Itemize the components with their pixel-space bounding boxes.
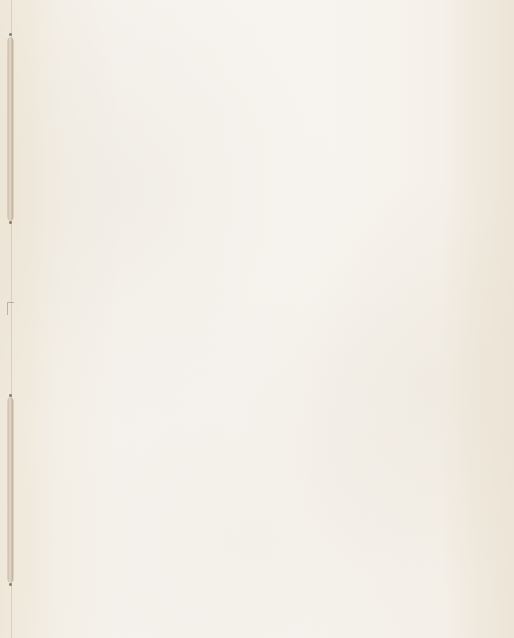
binding-stitch-upper bbox=[8, 38, 13, 220]
stitch-hole-top-1 bbox=[9, 33, 12, 36]
stitch-hole-bottom-2 bbox=[9, 583, 12, 586]
blank-document-page bbox=[0, 0, 514, 638]
binding-mark bbox=[7, 302, 14, 315]
paper-edge-discoloration bbox=[444, 0, 514, 638]
stitch-hole-top-2 bbox=[9, 394, 12, 397]
stitch-hole-bottom-1 bbox=[9, 221, 12, 224]
binding-stitch-lower bbox=[8, 398, 13, 582]
